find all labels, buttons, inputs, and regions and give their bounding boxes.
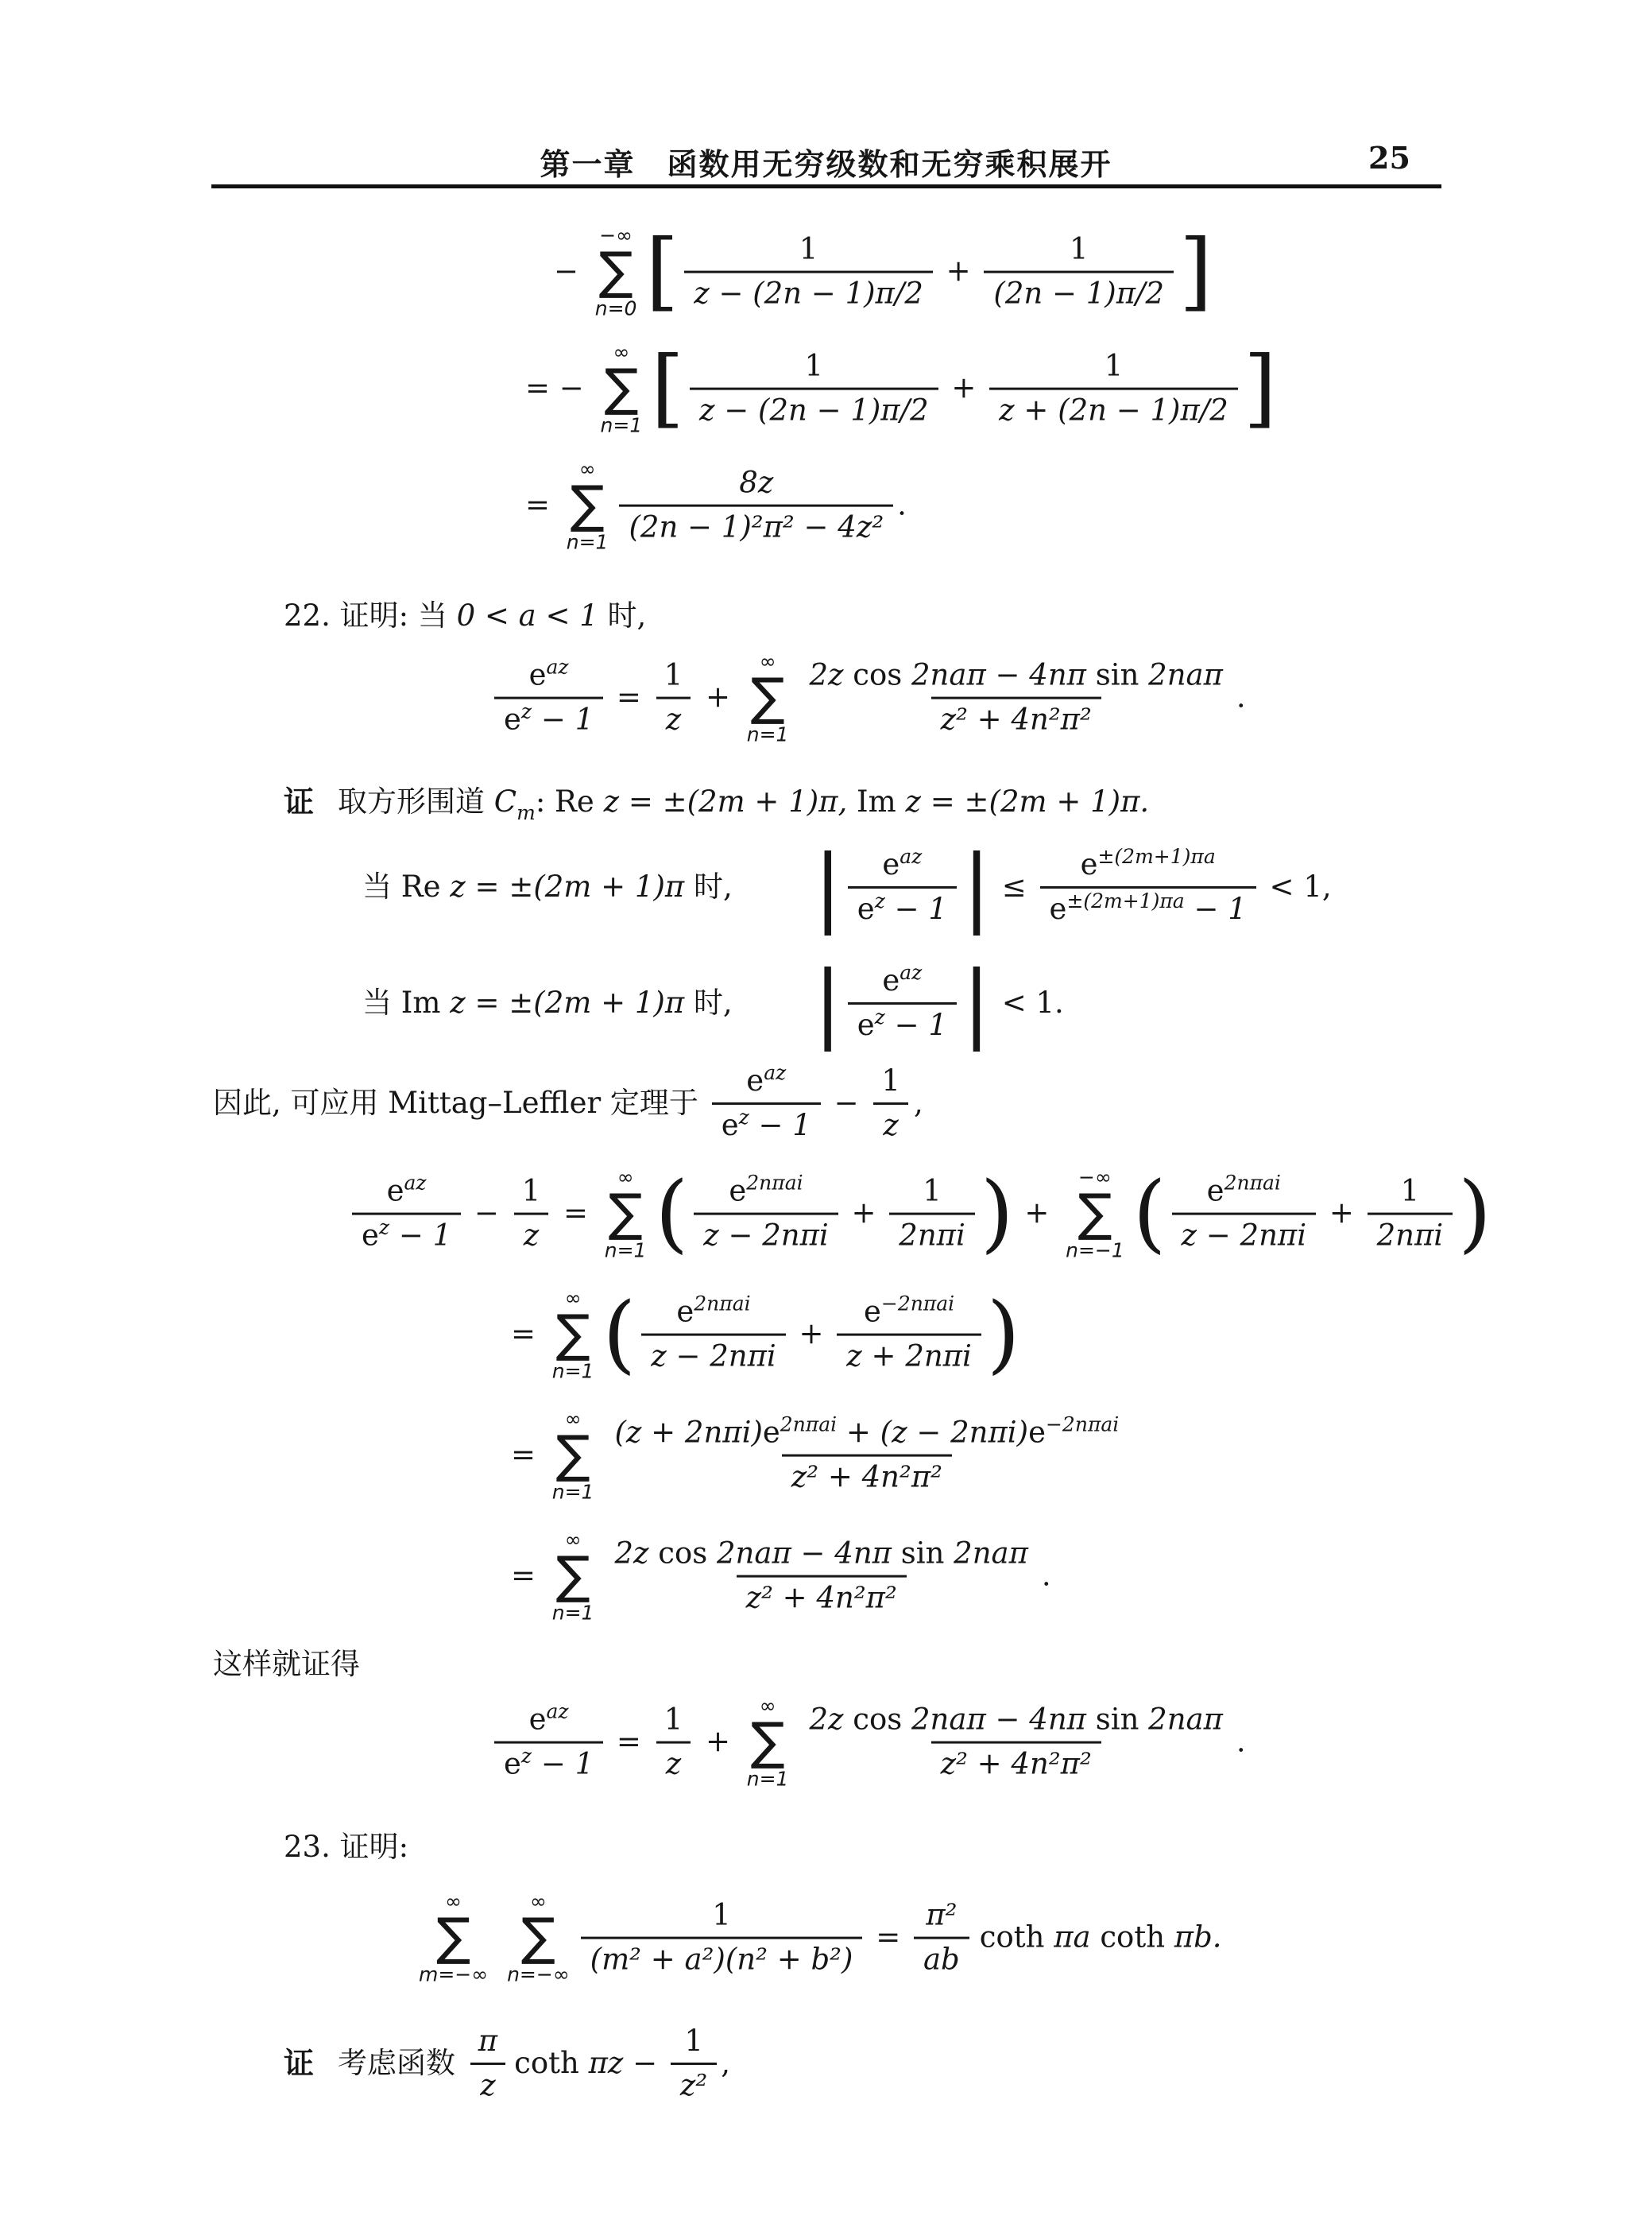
sum-lower-limit: n=1 (552, 1602, 594, 1622)
superscript: az (546, 1700, 568, 1723)
superscript: z (739, 1106, 749, 1129)
bracket: | (962, 845, 991, 930)
fraction-denominator: ab (914, 1936, 969, 1981)
fraction-numerator: π² (916, 1895, 966, 1937)
math-text: = (511, 1559, 545, 1594)
math-text: Re (401, 870, 451, 905)
sum-symbol: ∞∑n=1 (552, 1286, 594, 1384)
sum-symbol: ∞∑n=1 (605, 1165, 647, 1263)
math-text: cos (853, 659, 911, 693)
math-text: z (905, 785, 921, 819)
sup-base: e (864, 1296, 881, 1330)
fraction-numerator: (z + 2nπi)e2nπai + (z − 2nπi)e−2nπai (605, 1412, 1128, 1455)
math-fraction: eazez − 1 (494, 655, 603, 741)
text-run: 证 (284, 2045, 314, 2082)
sum-symbol: ∞∑n=1 (747, 649, 789, 747)
problem-22-heading: 22. 证明: 当 0 < a < 1 时, (284, 599, 646, 633)
bracket: | (962, 961, 991, 1046)
fraction-numerator: e±(2m+1)πa (1071, 844, 1225, 886)
superscript: 2nπai (694, 1292, 750, 1315)
math-text: z (883, 1109, 899, 1143)
superscript-group: e2nπai (763, 1416, 837, 1451)
fraction-denominator: ez − 1 (494, 696, 603, 741)
math-fraction: 2z cos 2naπ − 4nπ sin 2naπz² + 4n²π² (799, 1699, 1232, 1785)
sigma-icon: ∑ (436, 1914, 470, 1962)
fraction-denominator: ez − 1 (848, 886, 957, 931)
math-text: − (554, 254, 588, 289)
sup-base: e (857, 893, 875, 927)
math-text: z² + 4n²π² (791, 1460, 942, 1494)
math-text: + (z − 2nπi) (837, 1416, 1028, 1451)
math-text: . (897, 488, 907, 523)
math-fraction: 1z (513, 1171, 551, 1257)
bracket: ( (655, 1171, 688, 1256)
bracket: ] (1179, 229, 1213, 314)
text-run: 定理于 (601, 1086, 708, 1121)
fraction-denominator: z (656, 696, 691, 741)
sum-lower-limit: n=1 (747, 1769, 789, 1788)
sum-lower-limit: m=−∞ (419, 1964, 488, 1984)
math-text: (z + 2nπi) (614, 1416, 762, 1451)
math-text: 2naπ − 4nπ (911, 1703, 1096, 1738)
superscript: −2nπai (1046, 1413, 1119, 1436)
superscript-group: ez (504, 1747, 532, 1781)
math-text: + (1016, 1196, 1059, 1231)
sum-symbol: −∞∑n=−1 (1066, 1165, 1124, 1263)
fraction-numerator: 1 (913, 1171, 951, 1213)
sigma-icon: ∑ (556, 1431, 590, 1480)
math-text: ab (923, 1943, 960, 1977)
sigma-icon: ∑ (604, 365, 638, 413)
sigma-icon: ∑ (571, 482, 605, 530)
bracket: [ (645, 229, 679, 314)
fraction-numerator: eaz (520, 1699, 578, 1741)
eq-expansion-4: = ∞∑n=12z cos 2naπ − 4nπ sin 2naπz² + 4n… (511, 1528, 1051, 1625)
sup-base: e (882, 964, 900, 998)
superscript-group: eaz (529, 659, 569, 693)
fraction-denominator: z² (671, 2063, 717, 2107)
sup-base: e (1081, 848, 1098, 882)
fraction-denominator: 2nπi (1368, 1212, 1453, 1257)
math-text: 2naπ − 4nπ (911, 659, 1096, 693)
math-text: z (480, 2069, 496, 2103)
math-text: = − (525, 371, 594, 406)
sum-symbol: ∞∑n=1 (552, 1407, 594, 1505)
sup-base: e (529, 1703, 547, 1738)
superscript: −2nπai (881, 1292, 954, 1315)
bracket: ) (981, 1171, 1014, 1256)
math-text: coth (514, 2046, 588, 2081)
fraction-numerator: 1 (1095, 346, 1133, 388)
text-run: 取方形围道 (338, 785, 494, 819)
superscript-group: ez (857, 1009, 885, 1043)
sum-lower-limit: n=1 (552, 1482, 594, 1501)
sub-base: C (494, 785, 516, 819)
math-fraction: e±(2m+1)πae±(2m+1)πa − 1 (1040, 844, 1256, 930)
math-text: = (511, 1317, 545, 1352)
sum-symbol: ∞∑n=−∞ (507, 1889, 570, 1987)
math-text: Mittag–Leffler (388, 1086, 601, 1121)
math-fraction: e2nπaiz − 2nπi (1172, 1171, 1317, 1257)
fraction-denominator: z² + 4n²π² (782, 1454, 952, 1498)
math-text: < 1. (992, 986, 1064, 1021)
superscript-group: eaz (529, 1703, 569, 1738)
superscript: z (875, 889, 885, 912)
math-fraction: 8z(2n − 1)²π² − 4z² (619, 463, 893, 548)
math-text: 1 (805, 350, 824, 384)
math-text: cos (658, 1537, 717, 1571)
problem-23-heading: 23. 证明: (284, 1830, 408, 1865)
fraction-numerator: 1 (702, 1895, 741, 1937)
math-text: π (478, 2024, 497, 2059)
sup-base: e (722, 1109, 739, 1143)
math-text: 1 (664, 659, 683, 693)
fraction-denominator: ez − 1 (352, 1212, 461, 1257)
fraction-denominator: z + (2n − 1)π/2 (989, 387, 1238, 432)
fraction-numerator: 1 (790, 229, 828, 271)
sup-base: e (1207, 1175, 1224, 1209)
math-text: = ±(2m + 1)π (466, 870, 694, 905)
math-text: = (511, 1438, 545, 1473)
superscript-group: ez (722, 1109, 749, 1143)
math-text: 1 (664, 1703, 683, 1738)
math-text: = (525, 488, 559, 523)
fraction-numerator: 2z cos 2naπ − 4nπ sin 2naπ (605, 1533, 1037, 1575)
math-text: z² + 4n²π² (746, 1581, 897, 1615)
superscript-group: e2nπai (729, 1175, 803, 1209)
fraction-numerator: 1 (655, 655, 693, 697)
math-text: + (696, 680, 740, 715)
sup-base: e (387, 1175, 404, 1209)
superscript-group: eaz (882, 848, 922, 882)
superscript: az (546, 656, 568, 679)
math-fraction: e2nπaiz − 2nπi (694, 1171, 838, 1257)
superscript-group: e−2nπai (864, 1296, 954, 1330)
fraction-numerator: eaz (377, 1171, 436, 1213)
math-fraction: 1z (872, 1060, 910, 1146)
sup-base: e (676, 1296, 694, 1330)
math-fraction: eazez − 1 (352, 1171, 461, 1257)
math-text: (m² + a²)(n² + b²) (590, 1943, 853, 1977)
math-text: z + (2n − 1)π/2 (999, 393, 1228, 428)
math-text: π² (926, 1899, 957, 1933)
fraction-denominator: ez − 1 (494, 1741, 603, 1785)
math-text: + (790, 1317, 834, 1352)
sup-base: e (529, 659, 547, 693)
sum-lower-limit: n=0 (595, 298, 637, 318)
math-fraction: e2nπaiz − 2nπi (641, 1292, 786, 1377)
text-run: 时, (694, 986, 733, 1021)
math-text: 2naπ (1148, 1703, 1223, 1738)
sum-symbol: ∞∑n=1 (601, 340, 643, 438)
fraction-denominator: e±(2m+1)πa − 1 (1040, 886, 1256, 931)
eq-22-result: eazez − 1 = 1z + ∞∑n=12z cos 2naπ − 4nπ … (490, 1694, 1246, 1792)
math-text: z (666, 1747, 682, 1781)
math-fraction: eazez − 1 (848, 844, 957, 930)
conclusion-line: 这样就证得 (213, 1647, 360, 1682)
math-fraction: eazez − 1 (712, 1060, 821, 1146)
text-run: 证 (284, 784, 314, 820)
math-text: πb. (1174, 1920, 1222, 1955)
math-text: sin (901, 1537, 954, 1571)
fraction-denominator: z − 2nπi (694, 1212, 838, 1257)
fraction-numerator: 1 (675, 2020, 713, 2063)
fraction-denominator: z − (2n − 1)π/2 (684, 270, 933, 315)
superscript-group: ez (857, 893, 885, 927)
math-text: ≤ (992, 870, 1036, 905)
math-text: z (450, 986, 466, 1021)
sum-symbol: ∞∑n=1 (567, 457, 609, 555)
math-text: z − 2nπi (1182, 1218, 1307, 1253)
fraction-denominator: z² + 4n²π² (931, 1741, 1101, 1785)
math-text: sin (1096, 659, 1148, 693)
math-text: 2z (809, 1703, 853, 1738)
math-text: − 1 (1185, 893, 1247, 927)
text-run: 时, (598, 599, 647, 633)
math-text: + (1320, 1196, 1364, 1231)
math-text: 1 (881, 1064, 900, 1098)
superscript: az (900, 845, 922, 868)
math-text: z + 2nπi (846, 1339, 972, 1373)
math-text: πa (1054, 1920, 1100, 1955)
sigma-icon: ∑ (751, 674, 785, 723)
superscript: ±(2m+1)πa (1066, 889, 1184, 912)
bracket: ( (1133, 1171, 1166, 1256)
text-run: 22. 证明: 当 (284, 599, 457, 633)
sum-lower-limit: n=1 (601, 415, 643, 435)
fraction-numerator: eaz (872, 960, 931, 1002)
sup-base: e (729, 1175, 746, 1209)
eq-line-1: − −∞∑n=0[1z − (2n − 1)π/2 + 1(2n − 1)π/2… (554, 223, 1214, 321)
math-text: z − 2nπi (703, 1218, 829, 1253)
math-text: z − (2n − 1)π/2 (699, 393, 929, 428)
sum-lower-limit: n=1 (567, 532, 609, 552)
superscript: ±(2m+1)πa (1097, 845, 1215, 868)
math-text: , (721, 2046, 730, 2081)
chapter-title: 第一章 函数用无穷级数和无穷乘积展开 (540, 140, 1112, 184)
fraction-denominator: z² + 4n²π² (737, 1575, 907, 1619)
fraction-denominator: z − 2nπi (1172, 1212, 1317, 1257)
sup-base: e (362, 1218, 379, 1253)
sum-symbol: ∞∑m=−∞ (419, 1889, 488, 1987)
fraction-denominator: z (656, 1741, 691, 1785)
superscript: z (521, 699, 532, 723)
superscript: 2nπai (780, 1413, 837, 1436)
fraction-numerator: 1 (513, 1171, 551, 1213)
eq-expansion-2: = ∞∑n=1(e2nπaiz − 2nπi + e−2nπaiz + 2nπi… (511, 1286, 1022, 1384)
math-text: . (1042, 1559, 1051, 1594)
math-fraction: 1z (655, 655, 693, 741)
superscript-group: eaz (387, 1175, 427, 1209)
fraction-numerator: 1 (655, 1699, 693, 1741)
math-fraction: 2z cos 2naπ − 4nπ sin 2naπz² + 4n²π² (605, 1533, 1037, 1619)
math-text: z (450, 870, 466, 905)
fraction-numerator: 2z cos 2naπ − 4nπ sin 2naπ (799, 655, 1232, 697)
bracket: ) (987, 1292, 1020, 1377)
math-fraction: (z + 2nπi)e2nπai + (z − 2nπi)e−2nπaiz² +… (605, 1412, 1128, 1498)
sup-base: e (1050, 893, 1067, 927)
sum-symbol: ∞∑n=1 (747, 1694, 789, 1792)
mittag-leffler-line: 因此, 可应用 Mittag–Leffler 定理于 eazez − 1 − 1… (213, 1060, 923, 1146)
fraction-numerator: e2nπai (1197, 1171, 1290, 1213)
sup-base: e (763, 1416, 780, 1451)
math-fraction: 2z cos 2naπ − 4nπ sin 2naπz² + 4n²π² (799, 655, 1232, 741)
fraction-numerator: e−2nπai (854, 1292, 964, 1334)
math-text: coth (1100, 1920, 1174, 1955)
text-run: 当 (362, 986, 401, 1021)
sup-base: e (746, 1064, 764, 1098)
math-text: z − 2nπi (651, 1339, 776, 1373)
math-text: 1 (1401, 1175, 1420, 1209)
text-run: 23. 证明: (284, 1830, 408, 1865)
math-text: z − (2n − 1)π/2 (694, 277, 923, 311)
fraction-numerator: 2z cos 2naπ − 4nπ sin 2naπ (799, 1699, 1232, 1741)
math-fraction: 1z (655, 1699, 693, 1785)
text-run: 考虑函数 (338, 2046, 465, 2081)
page: 第一章 函数用无穷级数和无穷乘积展开 25 − −∞∑n=0[1z − (2n … (0, 0, 1652, 2216)
header-rule (211, 184, 1441, 188)
fraction-numerator: e2nπai (719, 1171, 812, 1213)
math-text: (2n − 1)²π² − 4z² (629, 510, 884, 544)
math-fraction: 1z − (2n − 1)π/2 (684, 229, 933, 315)
math-fraction: eazez − 1 (848, 960, 957, 1046)
eq-expansion-3: = ∞∑n=1(z + 2nπi)e2nπai + (z − 2nπi)e−2n… (511, 1407, 1132, 1505)
fraction-numerator: 8z (729, 463, 783, 505)
bracket: ) (1458, 1171, 1491, 1256)
math-fraction: π²ab (914, 1895, 969, 1981)
math-text: . (1236, 680, 1246, 715)
fraction-denominator: z − (2n − 1)π/2 (690, 387, 938, 432)
bracket: | (814, 845, 842, 930)
math-text: 0 < a < 1 (457, 599, 598, 633)
math-text: z (666, 703, 682, 737)
math-text: = (866, 1920, 910, 1955)
page-number: 25 (1368, 140, 1410, 176)
math-text: z² + 4n²π² (941, 703, 1092, 737)
sum-lower-limit: n=1 (747, 724, 789, 744)
fraction-numerator: eaz (520, 655, 578, 697)
subscript-group: Cm (494, 785, 536, 819)
superscript: az (764, 1061, 786, 1084)
proof-22-intro: 证取方形围道 Cm: Re z = ±(2m + 1)π, Im z = ±(2… (284, 784, 1149, 820)
math-text: = ±(2m + 1)π. (921, 785, 1149, 819)
sup-base: e (504, 1747, 521, 1781)
math-text: Im (401, 986, 450, 1021)
math-text: = ±(2m + 1)π (466, 986, 694, 1021)
fraction-denominator: ez − 1 (712, 1102, 821, 1147)
superscript-group: e−2nπai (1028, 1416, 1119, 1451)
bracket: | (814, 961, 842, 1046)
eq-line-3: = ∞∑n=18z(2n − 1)²π² − 4z². (525, 457, 907, 555)
bracket: ] (1244, 346, 1277, 431)
fraction-denominator: z (873, 1102, 908, 1147)
superscript: az (404, 1172, 426, 1195)
superscript: 2nπai (1224, 1172, 1281, 1195)
math-text: 1 (522, 1175, 541, 1209)
sup-base: e (504, 703, 521, 737)
bracket: [ (651, 346, 684, 431)
math-text: (2n − 1)π/2 (993, 277, 1164, 311)
text-run: 因此, 可应用 (213, 1086, 388, 1121)
math-fraction: 1(m² + a²)(n² + b²) (581, 1895, 863, 1981)
sigma-icon: ∑ (599, 248, 633, 296)
eq-23-statement: ∞∑m=−∞∞∑n=−∞1(m² + a²)(n² + b²) = π²abco… (412, 1889, 1222, 1987)
fraction-denominator: ez − 1 (848, 1002, 957, 1047)
math-text: 2naπ (1148, 659, 1223, 693)
sigma-icon: ∑ (556, 1552, 590, 1601)
math-text: = (607, 680, 651, 715)
fraction-denominator: z (470, 2063, 505, 2107)
text-run: 时, (694, 870, 733, 905)
math-text: πz − (589, 2046, 667, 2081)
math-text: − 1 (389, 1218, 451, 1253)
math-text: 2naπ − 4nπ (717, 1537, 901, 1571)
proof-23-intro: 证考虑函数 πzcoth πz − 1z², (284, 2020, 730, 2106)
math-text: z (524, 1218, 540, 1253)
superscript-group: e±(2m+1)πa (1081, 848, 1216, 882)
math-text: , (914, 1086, 923, 1121)
fraction-numerator: 1 (1391, 1171, 1430, 1213)
superscript: z (379, 1215, 389, 1238)
math-text: Im (857, 785, 905, 819)
math-text: = ±(2m + 1)π, (619, 785, 857, 819)
sup-base: e (882, 848, 900, 882)
math-fraction: 12nπi (1368, 1171, 1453, 1257)
math-text: < 1, (1260, 870, 1332, 905)
math-fraction: πz (469, 2020, 507, 2106)
math-text: sin (1096, 1703, 1148, 1738)
math-text: 1 (923, 1175, 942, 1209)
fraction-numerator: eaz (872, 844, 931, 886)
fraction-denominator: z + 2nπi (837, 1333, 981, 1377)
math-text: = (607, 1725, 651, 1760)
superscript: 2nπai (746, 1172, 803, 1195)
fraction-numerator: eaz (737, 1060, 795, 1102)
math-fraction: 1z − (2n − 1)π/2 (690, 346, 938, 432)
math-text: + (942, 371, 986, 406)
case-re-line: 当 Re z = ±(2m + 1)π 时,|eazez − 1| ≤ e±(2… (362, 844, 1332, 930)
fraction-numerator: e2nπai (667, 1292, 760, 1334)
math-text: + (696, 1725, 740, 1760)
math-text: 1 (712, 1899, 731, 1933)
sigma-icon: ∑ (556, 1311, 590, 1359)
fraction-denominator: z² + 4n²π² (931, 696, 1101, 741)
math-text: 2naπ (954, 1537, 1028, 1571)
math-text: z² (680, 2069, 707, 2103)
fraction-denominator: z − 2nπi (641, 1333, 786, 1377)
math-text: = (554, 1196, 598, 1231)
text-run: 当 (362, 870, 401, 905)
math-text: z² + 4n²π² (941, 1747, 1092, 1781)
math-fraction: eazez − 1 (494, 1699, 603, 1785)
math-text: − 1 (532, 703, 594, 737)
sigma-icon: ∑ (1077, 1190, 1112, 1238)
math-fraction: 1(2n − 1)π/2 (984, 229, 1174, 315)
fraction-numerator: 1 (872, 1060, 910, 1102)
superscript-group: ez (504, 703, 532, 737)
fraction-denominator: 2nπi (889, 1212, 975, 1257)
math-text: 1 (799, 233, 818, 267)
superscript-group: e2nπai (676, 1296, 750, 1330)
math-text: z (604, 785, 620, 819)
math-text: 2z (614, 1537, 658, 1571)
math-fraction: 1z² (671, 2020, 717, 2106)
sum-lower-limit: n=−1 (1066, 1240, 1124, 1260)
math-text: Re (555, 785, 604, 819)
sigma-icon: ∑ (521, 1914, 555, 1962)
bracket: ( (602, 1292, 636, 1377)
sum-lower-limit: n=1 (605, 1240, 647, 1260)
